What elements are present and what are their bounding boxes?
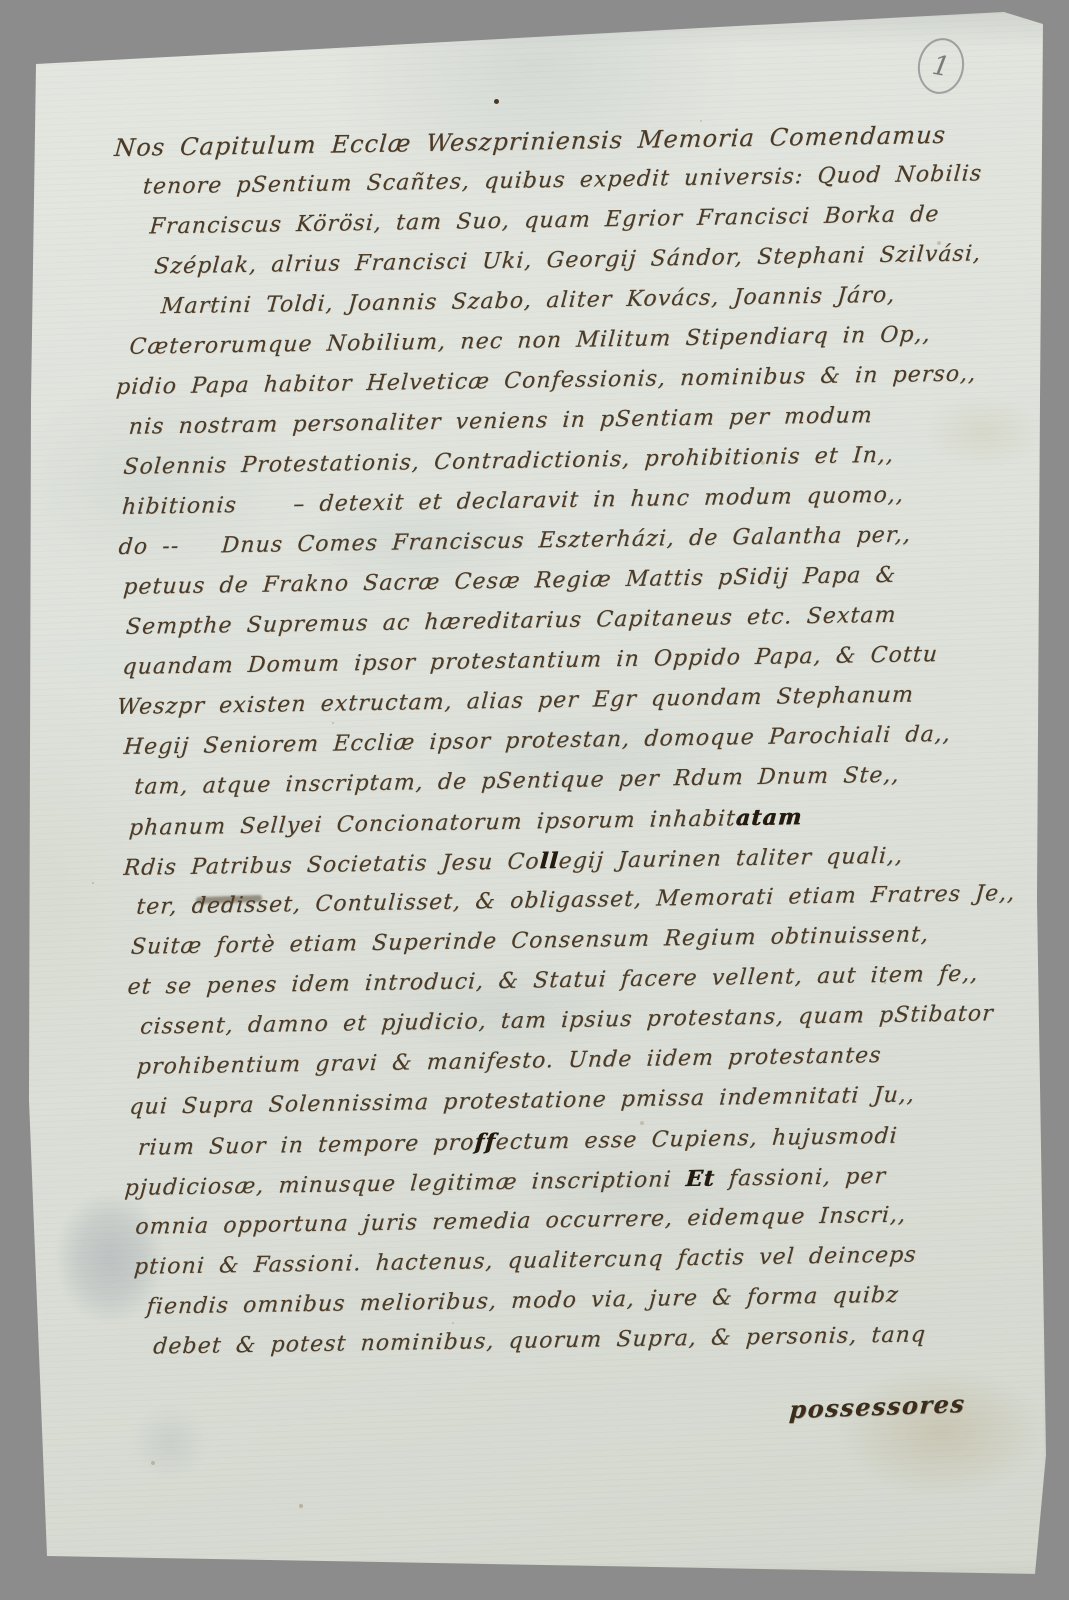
manuscript-segment: qui Supra Solennissima protestatione pmi…	[129, 1082, 916, 1119]
manuscript-segment: ter, dedisset, Contulisset, & obligasset…	[135, 881, 1016, 920]
manuscript-segment: Hegij Seniorem Eccliæ ipsor protestan, d…	[123, 722, 952, 760]
manuscript-segment: phanum Sellyei Concionatorum ipsorum inh…	[128, 806, 737, 841]
manuscript-segment: do -- Dnus Comes Franciscus Eszterházi, …	[118, 522, 912, 559]
manuscript-segment: ectum esse Cupiens, hujusmodi	[495, 1124, 899, 1155]
manuscript-segment: Franciscus Körösi, tam Suo, quam Egrior …	[149, 202, 941, 239]
manuscript-page: 1 Nos Capitulum Ecclæ Weszpriniensis Mem…	[0, 0, 1069, 1600]
manuscript-segment: Sempthe Supremus ac hæreditarius Capitan…	[125, 603, 897, 640]
manuscript-segment: omnia opportuna juris remedia occurrere,…	[134, 1203, 907, 1240]
manuscript-segment: pjudiciosæ, minusque legitimæ inscriptio…	[124, 1167, 687, 1201]
manuscript-segment: debet & potest nominibus, quorum Supra, …	[152, 1322, 927, 1359]
ink-correction: ff	[474, 1129, 497, 1155]
seal-bleedthrough-lower	[120, 1395, 220, 1490]
photo-background: 1 Nos Capitulum Ecclæ Weszpriniensis Mem…	[0, 0, 1069, 1600]
manuscript-text: Nos Capitulum Ecclæ Weszpriniensis Memor…	[112, 114, 1019, 1368]
ink-dot	[494, 99, 499, 104]
page-number: 1	[930, 49, 952, 83]
ink-correction: ll	[539, 848, 560, 874]
manuscript-segment: nis nostram personaliter veniens in pSen…	[128, 403, 874, 440]
manuscript-segment: Weszpr existen extructam, alias per Egr …	[116, 682, 915, 720]
manuscript-segment: petuus de Frakno Sacræ Cesæ Regiæ Mattis…	[122, 563, 897, 600]
manuscript-segment: ptioni & Fassioni. hactenus, qualitercun…	[133, 1242, 918, 1279]
manuscript-segment: tam, atque inscriptam, de pSentique per …	[134, 763, 901, 800]
manuscript-segment: Széplak, alrius Francisci Uki, Georgij S…	[153, 241, 982, 279]
manuscript-segment: tenore pSentium Scañtes, quibus expedit …	[142, 161, 983, 199]
manuscript-segment: egij Jaurinen taliter quali,,	[558, 844, 904, 874]
ink-correction: atam	[735, 804, 803, 831]
paper-speckles	[0, 0, 2, 2]
manuscript-segment: prohibentium gravi & manifesto. Unde iid…	[136, 1043, 883, 1080]
manuscript-segment: et se penes idem introduci, & Statui fac…	[127, 961, 980, 999]
manuscript-segment: Suitæ fortè etiam Superinde Consensum Re…	[130, 922, 930, 960]
manuscript-segment: Rdis Patribus Societatis Jesu Co	[123, 849, 541, 881]
manuscript-segment: fassioni, per	[714, 1164, 887, 1192]
manuscript-segment: Martini Toldi, Joannis Szabo, aliter Kov…	[160, 283, 896, 320]
manuscript-segment: pidio Papa habitor Helveticæ Confessioni…	[115, 361, 977, 400]
manuscript-segment: Cæterorumque Nobilium, nec non Militum S…	[129, 322, 932, 360]
manuscript-segment: cissent, damno et pjudicio, tam ipsius p…	[139, 1001, 994, 1039]
manuscript-segment: fiendis omnibus melioribus, modo via, ju…	[146, 1283, 900, 1320]
manuscript-segment: Nos Capitulum Ecclæ Weszpriniensis Memor…	[113, 121, 947, 162]
manuscript-segment: hibitionis – detexit et declaravit in hu…	[121, 483, 905, 520]
manuscript-segment: Solennis Protestationis, Contradictionis…	[122, 443, 895, 480]
ink-correction: Et	[685, 1166, 716, 1192]
manuscript-segment: rium Suor in tempore pro	[137, 1130, 475, 1160]
manuscript-segment: quandam Domum ipsor protestantium in Opp…	[122, 642, 939, 680]
